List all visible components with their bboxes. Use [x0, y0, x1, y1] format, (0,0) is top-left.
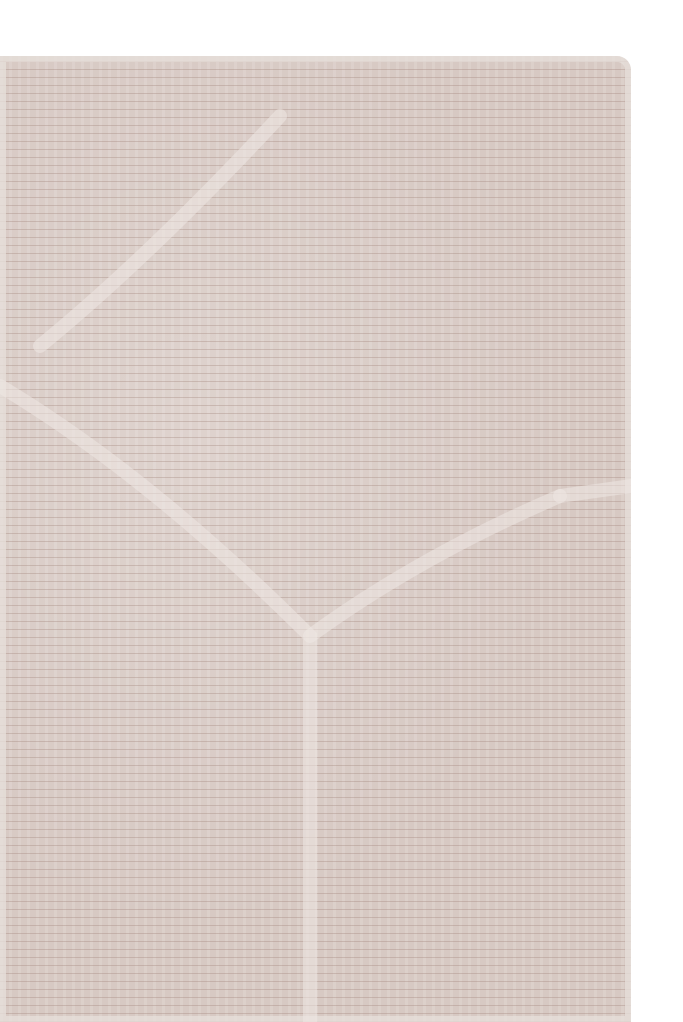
rug-motif-lines — [0, 56, 631, 1022]
rug-photo — [0, 56, 631, 1022]
